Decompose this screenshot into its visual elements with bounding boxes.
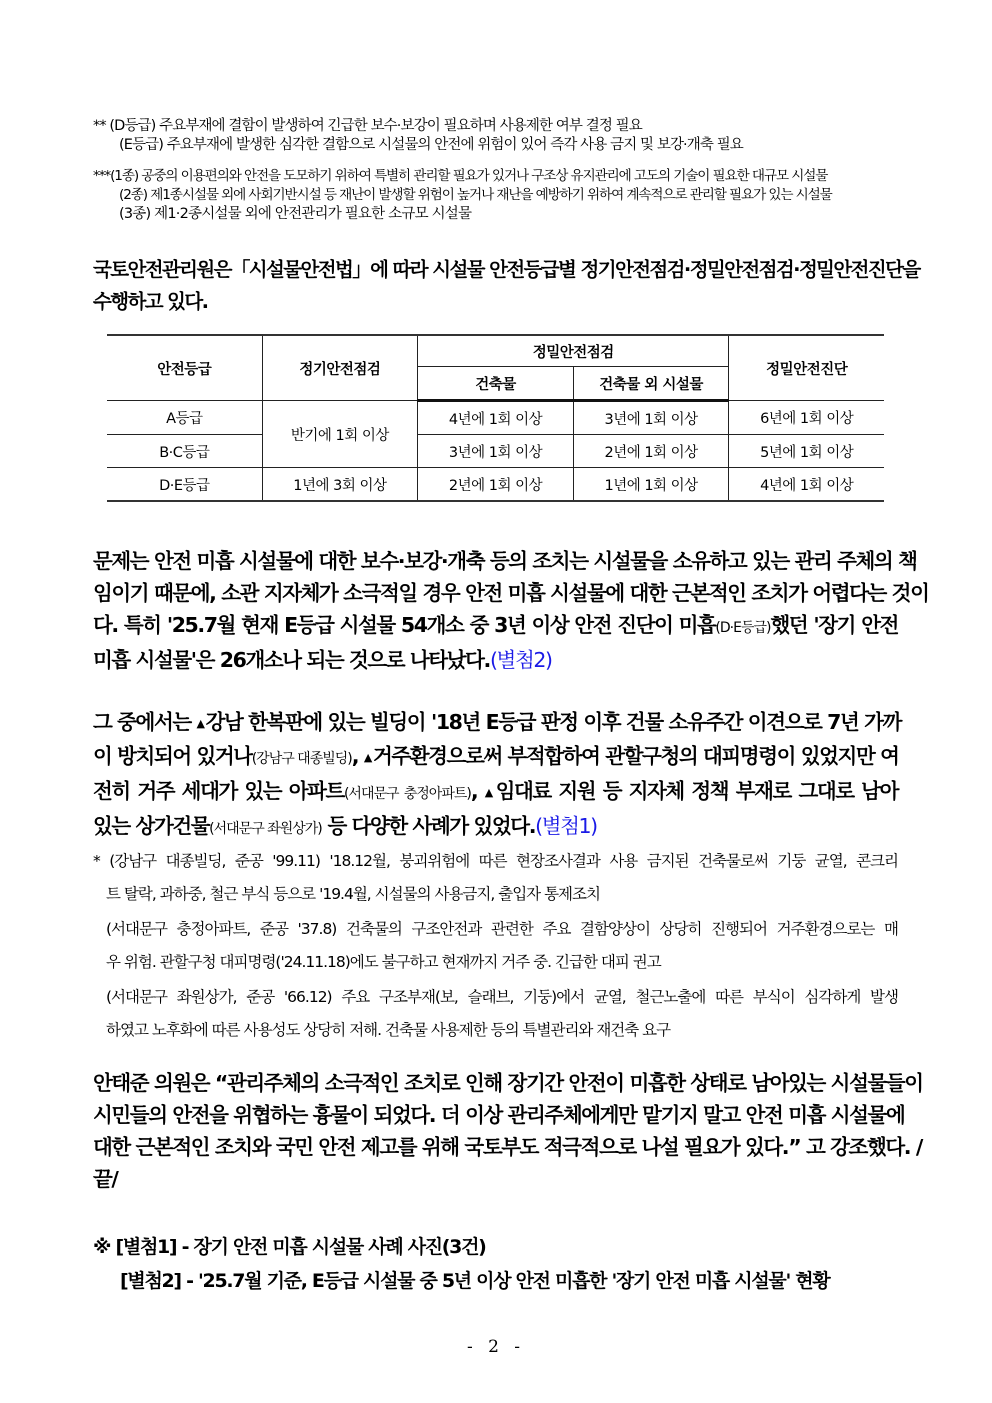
paragraph-line: 이 방치되어 있거나(강남구 대종빌딩), ▲거주환경으로써 부적합하여 관할구… xyxy=(93,740,898,775)
problem-paragraph: 문제는 안전 미흡 시설물에 대한 보수·보강·개축 등의 조치는 시설물을 소… xyxy=(93,545,898,676)
intro-line: 국토안전관리원은「시설물안전법」에 따라 시설물 안전등급별 정기안전점검·정밀… xyxy=(93,254,898,286)
paragraph-line: 다. 특히 '25.7월 현재 E등급 시설물 54개소 중 3년 이상 안전 … xyxy=(93,609,898,644)
reference-mark-icon: ※ xyxy=(93,1236,110,1258)
cell-grade: B·C등급 xyxy=(107,435,262,468)
triangle-bullet-icon: ▲ xyxy=(364,751,371,764)
intro-line: 수행하고 있다. xyxy=(93,286,898,318)
text-segment: 등 다양한 사례가 있었다. xyxy=(322,814,535,838)
text-segment: 그 중에서는 xyxy=(93,710,197,734)
footnote-line: 우 위험. 관할구청 대피명령('24.11.18)에도 불구하고 현재까지 거… xyxy=(106,946,898,979)
table-row: A등급 반기에 1회 이상 4년에 1회 이상 3년에 1회 이상 6년에 1회… xyxy=(107,401,884,435)
cell-non-building: 1년에 1회 이상 xyxy=(573,468,729,502)
attachment-label: [별첨1] xyxy=(116,1236,177,1258)
cell-building: 2년에 1회 이상 xyxy=(418,468,574,502)
case-reference: (서대문구 충정아파트) xyxy=(344,786,471,802)
table-header-row: 안전등급 정기안전점검 정밀안전점검 정밀안전진단 xyxy=(107,335,884,367)
paragraph-line: 전히 거주 세대가 있는 아파트(서대문구 충정아파트), ▲임대료 지원 등 … xyxy=(93,775,898,810)
cell-building: 3년에 1회 이상 xyxy=(418,435,574,468)
paragraph-line: 임이기 때문에, 소관 지자체가 소극적일 경우 안전 미흡 시설물에 대한 근… xyxy=(93,577,898,609)
class-definition-notes: ***(1종) 공중의 이용편의와 안전을 도모하기 위하여 특별히 관리할 필… xyxy=(93,167,832,224)
note-marker: ** xyxy=(93,118,109,134)
text-segment: 미흡 시설물'은 26개소나 되는 것으로 나타났다. xyxy=(93,648,490,672)
paragraph-line: 대한 근본적인 조치와 국민 안전 제고를 위해 국토부도 적극적으로 나설 필… xyxy=(93,1131,898,1163)
cell-diagnosis: 6년에 1회 이상 xyxy=(729,401,884,435)
triangle-bullet-icon: ▲ xyxy=(485,786,494,799)
paragraph-line: 시민들의 안전을 위협하는 흉물이 되었다. 더 이상 관리주체에게만 맡기지 … xyxy=(93,1099,898,1131)
text-segment: 강남 한복판에 있는 빌딩이 '18년 E등급 판정 이후 건물 소유주간 이견… xyxy=(206,710,901,734)
table-row: D·E등급 1년에 3회 이상 2년에 1회 이상 1년에 1회 이상 4년에 … xyxy=(107,468,884,502)
footnote-line: (서대문구 충정아파트, 준공 '37.8) 건축물의 구조안전과 관련한 주요… xyxy=(106,913,898,946)
text-segment: 있는 상가건물 xyxy=(93,814,209,838)
note-class-1: ***(1종) 공중의 이용편의와 안전을 도모하기 위하여 특별히 관리할 필… xyxy=(93,167,832,186)
quote-paragraph: 안태준 의원은 “관리주체의 소극적인 조치로 인해 장기간 안전이 미흡한 상… xyxy=(93,1067,898,1195)
grade-definition-notes: ** (D등급) 주요부재에 결함이 발생하여 긴급한 보수·보강이 필요하며 … xyxy=(93,117,743,155)
attachment-item-2[interactable]: [별첨2] - '25.7월 기준, E등급 시설물 중 5년 이상 안전 미흡… xyxy=(93,1264,829,1298)
text-segment: 거주환경으로써 부적합하여 관할구청의 대피명령이 있었지만 여 xyxy=(373,744,899,768)
paragraph-line: 있는 상가건물(서대문구 좌원상가) 등 다양한 사례가 있었다.(별첨1) xyxy=(93,810,898,845)
note-text: (D등급) 주요부재에 결함이 발생하여 긴급한 보수·보강이 필요하며 사용제… xyxy=(109,118,641,134)
attachment-2-link[interactable]: (별첨2) xyxy=(490,648,552,672)
case-footnotes: * (강남구 대종빌딩, 준공 '99.11) '18.12월, 붕괴위험에 따… xyxy=(93,845,898,1046)
case-note-jwawon: (서대문구 좌원상가, 준공 '66.12) 주요 구조부재(보, 슬래브, 기… xyxy=(93,981,898,1046)
note-e-grade: (E등급) 주요부재에 발생한 심각한 결함으로 시설물의 안전에 위험이 있어… xyxy=(93,136,743,155)
attachment-label: [별첨2] xyxy=(120,1270,181,1292)
paragraph-line: 끝/ xyxy=(93,1163,898,1195)
cell-building: 4년에 1회 이상 xyxy=(418,401,574,435)
attachment-item-1[interactable]: ※ [별첨1] - 장기 안전 미흡 시설물 사례 사진(3건) xyxy=(93,1230,829,1264)
text-segment: 임대료 지원 등 지자체 정책 부재로 그대로 남아 xyxy=(496,779,898,803)
text-segment: , xyxy=(352,744,364,768)
note-class-3: (3종) 제1·2종시설물 외에 안전관리가 필요한 소규모 시설물 xyxy=(93,205,832,224)
cell-non-building: 2년에 1회 이상 xyxy=(573,435,729,468)
cell-grade: D·E등급 xyxy=(107,468,262,502)
text-segment: 전히 거주 세대가 있는 아파트 xyxy=(93,779,344,803)
cell-regular: 반기에 1회 이상 xyxy=(262,401,418,468)
header-precise-check: 정밀안전점검 xyxy=(418,335,729,367)
intro-paragraph: 국토안전관리원은「시설물안전법」에 따라 시설물 안전등급별 정기안전점검·정밀… xyxy=(93,254,898,318)
note-marker: *** xyxy=(93,168,110,184)
note-text: (1종) 공중의 이용편의와 안전을 도모하기 위하여 특별히 관리할 필요가 … xyxy=(110,168,827,184)
header-regular-check: 정기안전점검 xyxy=(262,335,418,401)
note-class-2: (2종) 제1종시설물 외에 사회기반시설 등 재난이 발생할 위험이 높거나 … xyxy=(93,186,832,205)
cell-diagnosis: 5년에 1회 이상 xyxy=(729,435,884,468)
paragraph-line: 미흡 시설물'은 26개소나 되는 것으로 나타났다.(별첨2) xyxy=(93,644,898,676)
case-reference: (서대문구 좌원상가) xyxy=(209,821,322,837)
cell-non-building: 3년에 1회 이상 xyxy=(573,401,729,435)
case-note-chungjeong: (서대문구 충정아파트, 준공 '37.8) 건축물의 구조안전과 관련한 주요… xyxy=(93,913,898,978)
header-building: 건축물 xyxy=(418,367,574,401)
attachment-1-link[interactable]: (별첨1) xyxy=(535,814,597,838)
text-segment: 이 방치되어 있거나 xyxy=(93,744,252,768)
text-segment: 다. 특히 '25.7월 현재 E등급 시설물 54개소 중 3년 이상 안전 … xyxy=(93,613,715,637)
cases-paragraph: 그 중에서는 ▲강남 한복판에 있는 빌딩이 '18년 E등급 판정 이후 건물… xyxy=(93,706,898,845)
header-non-building: 건축물 외 시설물 xyxy=(573,367,729,401)
footnote-line: 트 탈락, 과하중, 철근 부식 등으로 '19.4월, 시설물의 사용금지, … xyxy=(93,878,898,911)
inspection-frequency-table: 안전등급 정기안전점검 정밀안전점검 정밀안전진단 건축물 건축물 외 시설물 … xyxy=(107,334,884,502)
page-number: - 2 - xyxy=(0,1337,992,1357)
case-note-daejong: * (강남구 대종빌딩, 준공 '99.11) '18.12월, 붕괴위험에 따… xyxy=(93,845,898,910)
note-text: (E등급) 주요부재에 발생한 심각한 결함으로 시설물의 안전에 위험이 있어… xyxy=(119,137,743,153)
footnote-line: 하였고 노후화에 따른 사용성도 상당히 저해. 건축물 사용제한 등의 특별관… xyxy=(106,1014,898,1047)
footnote-line: (서대문구 좌원상가, 준공 '66.12) 주요 구조부재(보, 슬래브, 기… xyxy=(106,981,898,1014)
grade-reference: (D·E등급) xyxy=(715,620,770,636)
attachments-list: ※ [별첨1] - 장기 안전 미흡 시설물 사례 사진(3건) [별첨2] -… xyxy=(93,1230,829,1298)
footnote-line: * (강남구 대종빌딩, 준공 '99.11) '18.12월, 붕괴위험에 따… xyxy=(93,845,898,878)
note-d-grade: ** (D등급) 주요부재에 결함이 발생하여 긴급한 보수·보강이 필요하며 … xyxy=(93,117,743,136)
paragraph-line: 문제는 안전 미흡 시설물에 대한 보수·보강·개축 등의 조치는 시설물을 소… xyxy=(93,545,898,577)
attachment-text: - 장기 안전 미흡 시설물 사례 사진(3건) xyxy=(182,1236,486,1258)
note-text: (3종) 제1·2종시설물 외에 안전관리가 필요한 소규모 시설물 xyxy=(119,206,471,222)
header-grade: 안전등급 xyxy=(107,335,262,401)
paragraph-line: 그 중에서는 ▲강남 한복판에 있는 빌딩이 '18년 E등급 판정 이후 건물… xyxy=(93,706,898,740)
header-precise-diagnosis: 정밀안전진단 xyxy=(729,335,884,401)
triangle-bullet-icon: ▲ xyxy=(197,717,204,730)
paragraph-line: 안태준 의원은 “관리주체의 소극적인 조치로 인해 장기간 안전이 미흡한 상… xyxy=(93,1067,898,1099)
table-row: B·C등급 3년에 1회 이상 2년에 1회 이상 5년에 1회 이상 xyxy=(107,435,884,468)
cell-diagnosis: 4년에 1회 이상 xyxy=(729,468,884,502)
attachment-text: - '25.7월 기준, E등급 시설물 중 5년 이상 안전 미흡한 '장기 … xyxy=(186,1270,829,1292)
case-reference: (강남구 대종빌딩) xyxy=(252,751,352,767)
text-segment: 했던 '장기 안전 xyxy=(770,613,898,637)
text-segment: , xyxy=(471,779,485,803)
cell-grade: A등급 xyxy=(107,401,262,435)
cell-regular: 1년에 3회 이상 xyxy=(262,468,418,502)
note-text: (2종) 제1종시설물 외에 사회기반시설 등 재난이 발생할 위험이 높거나 … xyxy=(119,187,832,203)
